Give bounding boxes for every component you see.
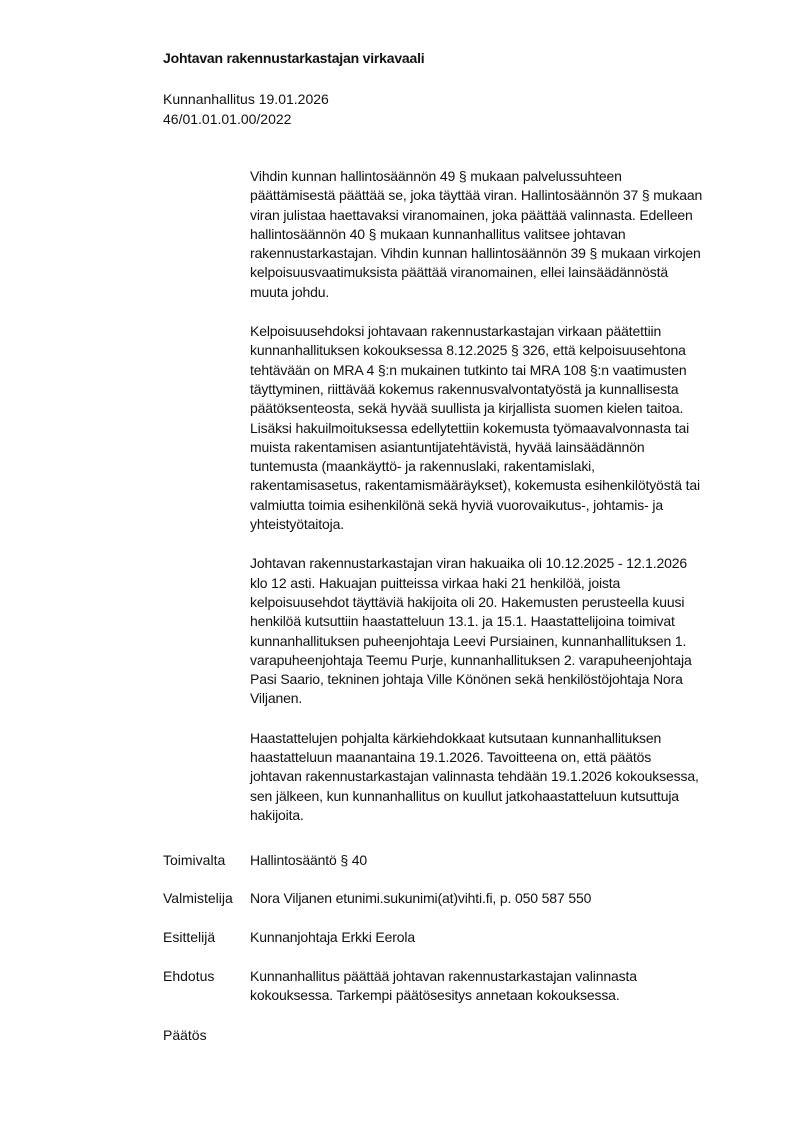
paragraph-line: johtavan rakennustarkastajan valinnasta … (250, 767, 770, 786)
paragraph-line: muuta johdu. (250, 283, 770, 302)
paragraph-line: Lisäksi hakuilmoituksessa edellytettiin … (250, 419, 770, 438)
paragraph-line: kelpoisuusvaatimuksista päättää viranoma… (250, 263, 770, 282)
paragraph-line: sen jälkeen, kun kunnanhallitus on kuull… (250, 787, 770, 806)
field-value-line: kokouksessa. Tarkempi päätösesitys annet… (250, 986, 637, 1005)
field-value-line: Hallintosääntö § 40 (250, 851, 367, 870)
paragraph-line: Viljanen. (250, 689, 770, 708)
paragraph-line: henkilöä kutsuttiin haastatteluun 13.1. … (250, 612, 770, 631)
paragraph-line: kunnanhallituksen kokouksessa 8.12.2025 … (250, 341, 770, 360)
paragraph-line: klo 12 asti. Hakuajan puitteissa virkaa … (250, 574, 770, 593)
paragraph-application: Johtavan rakennustarkastajan viran hakua… (250, 554, 770, 708)
meeting-info: Kunnanhallitus 19.01.2026 (163, 89, 329, 109)
field-value: Kunnanjohtaja Erkki Eerola (250, 928, 415, 947)
paragraph-qualifications: Kelpoisuusehdoksi johtavaan rakennustark… (250, 322, 770, 534)
paragraph-line: tuntemusta (maankäyttö- ja rakennuslaki,… (250, 457, 770, 476)
paragraph-line: Kelpoisuusehdoksi johtavaan rakennustark… (250, 322, 770, 341)
paragraph-authority: Vihdin kunnan hallintosäännön 49 § mukaa… (250, 167, 770, 302)
paragraph-line: Johtavan rakennustarkastajan viran hakua… (250, 554, 770, 573)
paragraph-interviews: Haastattelujen pohjalta kärkiehdokkaat k… (250, 729, 770, 825)
field-value: Nora Viljanen etunimi.sukunimi(at)vihti.… (250, 889, 591, 908)
paragraph-line: hallintosäännön 40 § mukaan kunnanhallit… (250, 225, 770, 244)
paragraph-line: viran julistaa haettavaksi viranomainen,… (250, 206, 770, 225)
field-value: Kunnanhallitus päättää johtavan rakennus… (250, 967, 637, 1006)
paragraph-line: kelpoisuusehdot täyttäviä hakijoita oli … (250, 593, 770, 612)
paragraph-line: Pasi Saario, tekninen johtaja Ville Könö… (250, 670, 770, 689)
paragraph-line: kunnanhallituksen puheenjohtaja Leevi Pu… (250, 632, 770, 651)
paragraph-line: Vihdin kunnan hallintosäännön 49 § mukaa… (250, 167, 770, 186)
field-label: Ehdotus (163, 967, 214, 986)
field-value-line: Kunnanjohtaja Erkki Eerola (250, 928, 415, 947)
paragraph-line: rakennustarkastajan. Vihdin kunnan halli… (250, 244, 770, 263)
field-value-line: Nora Viljanen etunimi.sukunimi(at)vihti.… (250, 889, 591, 908)
document-title: Johtavan rakennustarkastajan virkavaali (163, 50, 424, 66)
paragraph-line: Haastattelujen pohjalta kärkiehdokkaat k… (250, 729, 770, 748)
document-body: Vihdin kunnan hallintosäännön 49 § mukaa… (250, 167, 770, 845)
document-page: Johtavan rakennustarkastajan virkavaali … (0, 0, 794, 1122)
paragraph-line: haastatteluun maanantaina 19.1.2026. Tav… (250, 748, 770, 767)
paragraph-line: täyttyminen, riittävää kokemus rakennusv… (250, 380, 770, 399)
document-meta: Kunnanhallitus 19.01.2026 46/01.01.01.00… (163, 89, 329, 129)
field-value-line: Kunnanhallitus päättää johtavan rakennus… (250, 967, 637, 986)
paragraph-line: valmiutta toimia esihenkilönä sekä hyviä… (250, 496, 770, 515)
paragraph-line: tehtävään on MRA 4 §:n mukainen tutkinto… (250, 361, 770, 380)
field-label: Päätös (163, 1026, 207, 1045)
field-label: Esittelijä (163, 928, 215, 947)
record-number: 46/01.01.01.00/2022 (163, 109, 329, 129)
paragraph-line: hakijoita. (250, 806, 770, 825)
paragraph-line: varapuheenjohtaja Teemu Purje, kunnanhal… (250, 651, 770, 670)
paragraph-line: päätöksenteosta, sekä hyvää suullista ja… (250, 399, 770, 418)
paragraph-line: yhteistyötaitoja. (250, 515, 770, 534)
field-label: Toimivalta (163, 851, 225, 870)
paragraph-line: muista rakentamisen asiantuntijatehtävis… (250, 438, 770, 457)
field-value: Hallintosääntö § 40 (250, 851, 367, 870)
paragraph-line: päättämisestä päättää se, joka täyttää v… (250, 186, 770, 205)
field-label: Valmistelija (163, 889, 233, 908)
paragraph-line: rakentamisasetus, rakentamismääräykset),… (250, 476, 770, 495)
